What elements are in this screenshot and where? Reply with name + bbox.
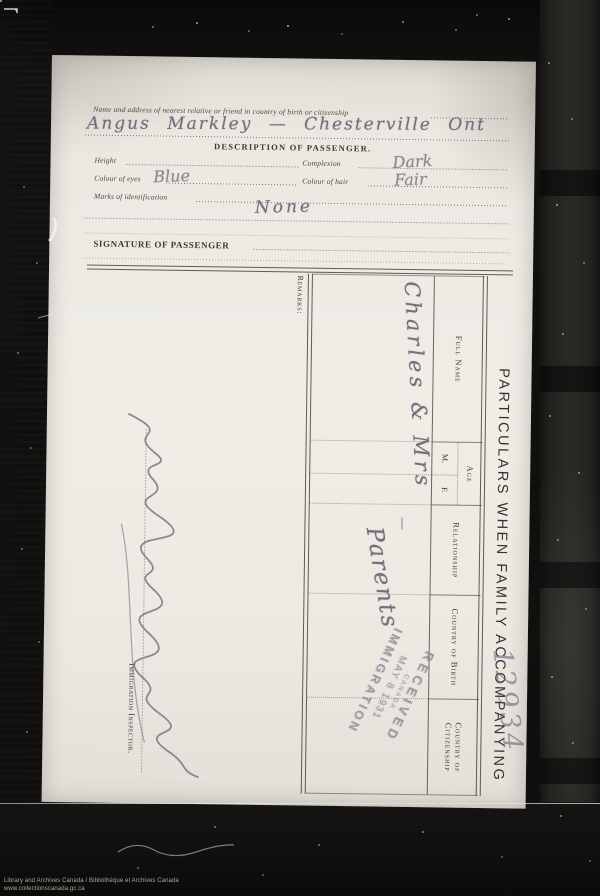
document-page: Name and address of nearest relative or … [42, 55, 536, 809]
header-age-f: F. [432, 475, 457, 505]
remarks-label: Remarks: [295, 275, 305, 314]
archive-credit-line1: Library and Archives Canada / Bibliothèq… [4, 877, 179, 885]
dotted-leader [368, 185, 508, 188]
marks-value-handwriting: None [255, 197, 314, 218]
film-scratch-line [0, 803, 600, 804]
description-title: DESCRIPTION OF PASSENGER. [51, 139, 535, 156]
complexion-label: Complexion [302, 159, 340, 169]
write-line [83, 257, 509, 264]
header-age-m: M. [432, 443, 457, 476]
eyes-value-handwriting: Blue [153, 166, 190, 186]
dotted-leader [196, 201, 508, 206]
age-ditto-mark: — [394, 517, 409, 530]
hair-value-handwriting: Fair [394, 169, 427, 189]
header-full-name: Full Name [433, 276, 485, 443]
archive-credit-line2: www.collectionscanada.gc.ca [4, 885, 179, 893]
description-section: Name and address of nearest relative or … [52, 55, 536, 62]
marks-label: Marks of identification [94, 192, 167, 202]
hair-label: Colour of hair [302, 177, 348, 187]
signature-of-passenger-label: SIGNATURE OF PASSENGER [93, 239, 229, 251]
archive-credit: Library and Archives Canada / Bibliothèq… [4, 877, 179, 893]
header-country-of-citizenship: Country of Citizenship [428, 700, 479, 795]
signature-line [253, 249, 509, 254]
header-relationship: Relationship [430, 506, 481, 596]
film-right-band [540, 0, 600, 896]
eyes-label: Colour of eyes [94, 174, 141, 184]
header-age-group: Age M. F. [432, 443, 483, 507]
microfilm-scan: Name and address of nearest relative or … [0, 0, 600, 896]
write-line [84, 217, 510, 224]
dotted-leader [358, 167, 508, 170]
height-label: Height [94, 156, 116, 165]
inspector-signature-handwriting [100, 406, 233, 788]
film-dust-specks [0, 0, 2, 2]
header-age: Age [457, 443, 483, 505]
rotated-family-table: PARTICULARS WHEN FAMILY ACCOMPANYING 129… [102, 271, 523, 797]
relative-value-handwriting: Angus Markley — Chesterville Ont [87, 114, 486, 135]
